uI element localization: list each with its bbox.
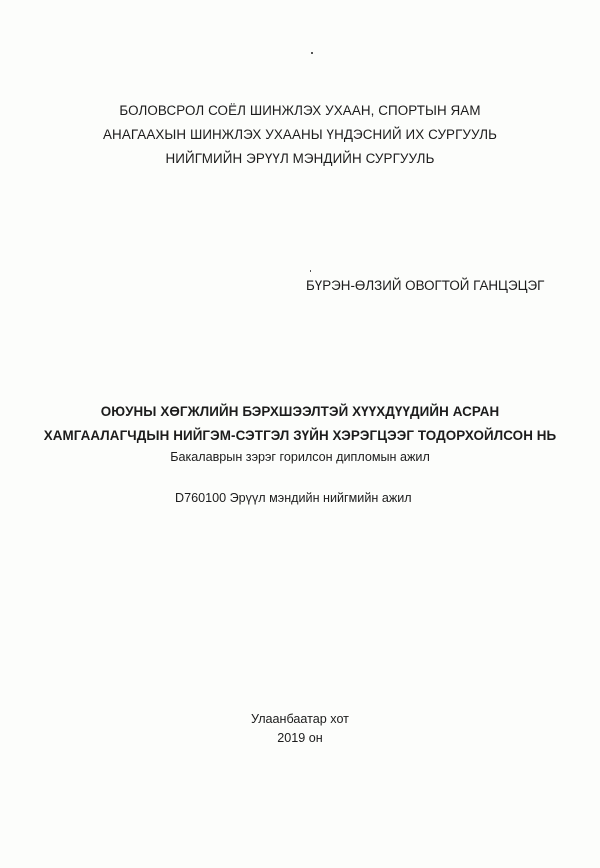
year: 2019 он <box>0 731 600 745</box>
program-code: D760100 Эрүүл мэндийн нийгмийн ажил <box>175 491 412 505</box>
degree-subtitle: Бакалаврын зэрэг горилсон дипломын ажил <box>0 450 600 464</box>
scan-speck <box>310 270 311 272</box>
author-name: БҮРЭН-ӨЛЗИЙ ОВОГТОЙ ГАНЦЭЦЭГ <box>306 278 544 293</box>
ministry-name: БОЛОВСРОЛ СОЁЛ ШИНЖЛЭХ УХААН, СПОРТЫН ЯА… <box>0 103 600 118</box>
scan-speck <box>311 52 313 54</box>
city: Улаанбаатар хот <box>0 712 600 726</box>
school-name: НИЙГМИЙН ЭРҮҮЛ МЭНДИЙН СУРГУУЛЬ <box>0 151 600 166</box>
university-name: АНАГААХЫН ШИНЖЛЭХ УХААНЫ ҮНДЭСНИЙ ИХ СУР… <box>0 127 600 142</box>
thesis-title-line-2: ХАМГААЛАГЧДЫН НИЙГЭМ-СЭТГЭЛ ЗҮЙН ХЭРЭГЦЭ… <box>0 428 600 443</box>
thesis-title-line-1: ОЮУНЫ ХӨГЖЛИЙН БЭРХШЭЭЛТЭЙ ХҮҮХДҮҮДИЙН А… <box>0 404 600 419</box>
